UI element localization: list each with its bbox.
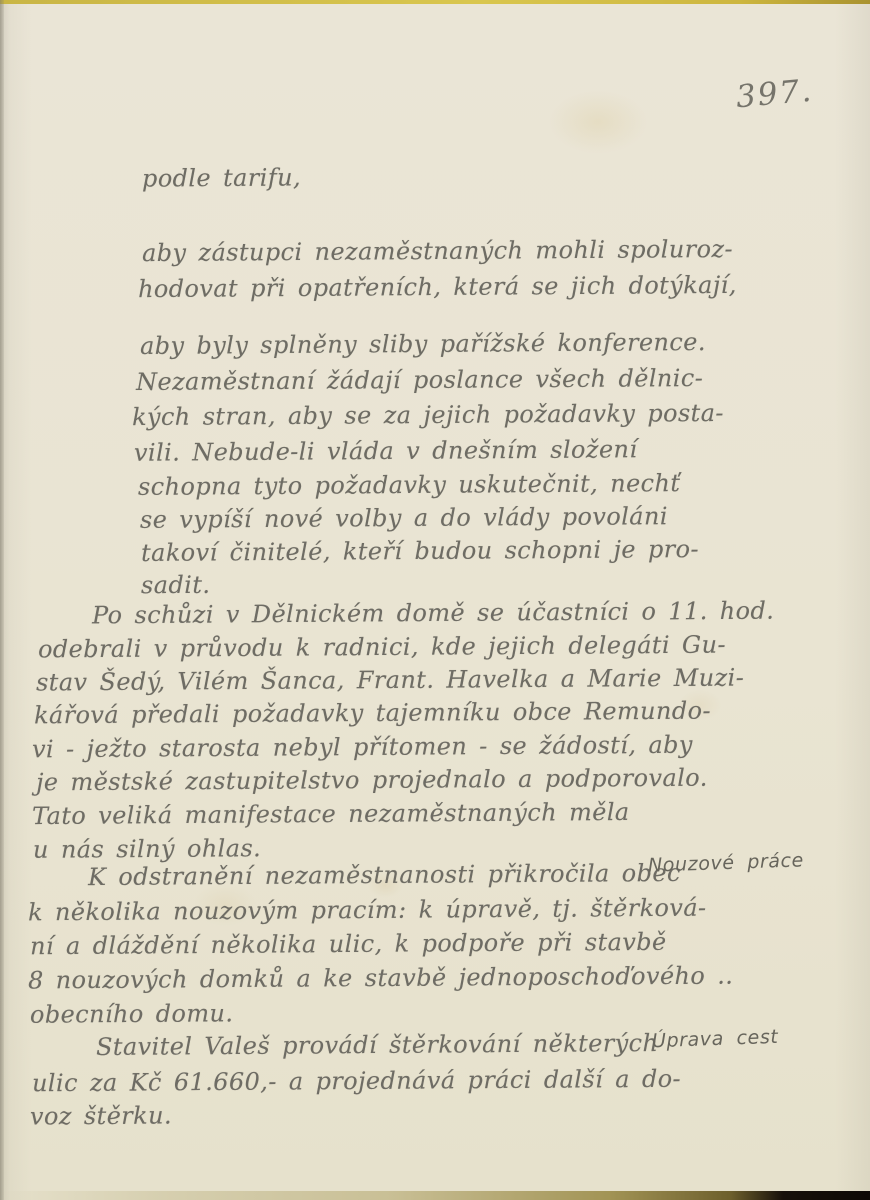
page-binding-edge [0,0,4,1200]
handwritten-line: je městské zastupitelstvo projednalo a p… [36,764,708,797]
handwritten-line: podle tarifu, [142,163,301,192]
handwritten-line: Tato veliká manifestace nezaměstnaných m… [32,798,630,830]
handwritten-line: sadit. [141,571,211,599]
handwritten-line: obecního domu. [30,999,234,1028]
handwritten-line: voz štěrku. [30,1102,172,1131]
page-number: 397. [735,73,815,116]
page-bottom-edge [0,1191,870,1200]
handwritten-line: vi - ježto starosta nebyl přítomen - se … [32,731,693,764]
handwritten-line: kářová předali požadavky tajemníku obce … [34,697,711,730]
handwritten-line: ulic za Kč 61.660,- a projednává práci d… [32,1065,681,1098]
handwritten-line: vili. Nebude-li vláda v dnešním složení [134,435,638,467]
handwritten-line: takoví činitelé, kteří budou schopni je … [141,535,699,567]
handwritten-line: Po schůzi v Dělnickém domě se účastníci … [92,597,774,630]
handwritten-line: 8 nouzových domků a ke stavbě jednoposch… [28,962,733,995]
handwritten-line: odebrali v průvodu k radnici, kde jejich… [38,631,726,664]
handwritten-line: schopna tyto požadavky uskutečnit, nechť [138,469,681,501]
handwritten-line: kých stran, aby se za jejich požadavky p… [132,399,724,431]
handwritten-line: k několika nouzovým pracím: k úpravě, tj… [28,894,707,927]
handwritten-line: Stavitel Valeš provádí štěrkování někter… [96,1029,658,1061]
handwritten-line: aby zástupci nezaměstnaných mohli spolur… [142,235,733,267]
handwritten-line: stav Šedý, Vilém Šanca, Frant. Havelka a… [36,664,744,697]
page-top-edge [0,0,870,4]
handwritten-line: Nezaměstnaní žádají poslance všech dělni… [136,364,703,396]
handwritten-line: ní a dláždění několika ulic, k podpoře p… [30,928,667,960]
handwritten-line: aby byly splněny sliby pařížské konferen… [140,328,706,360]
handwritten-line: hodovat při opatřeních, která se jich do… [138,271,737,303]
scanned-manuscript-page: 397. podle tarifu, aby zástupci nezaměst… [0,0,870,1200]
margin-note: Úprava cest [652,1026,779,1052]
handwritten-line: se vypíší nové volby a do vlády povoláni [140,502,668,534]
margin-note: Nouzové práce [648,849,805,876]
handwritten-line: u nás silný ohlas. [33,834,261,864]
handwritten-line: K odstranění nezaměstnanosti přikročila … [88,859,681,891]
